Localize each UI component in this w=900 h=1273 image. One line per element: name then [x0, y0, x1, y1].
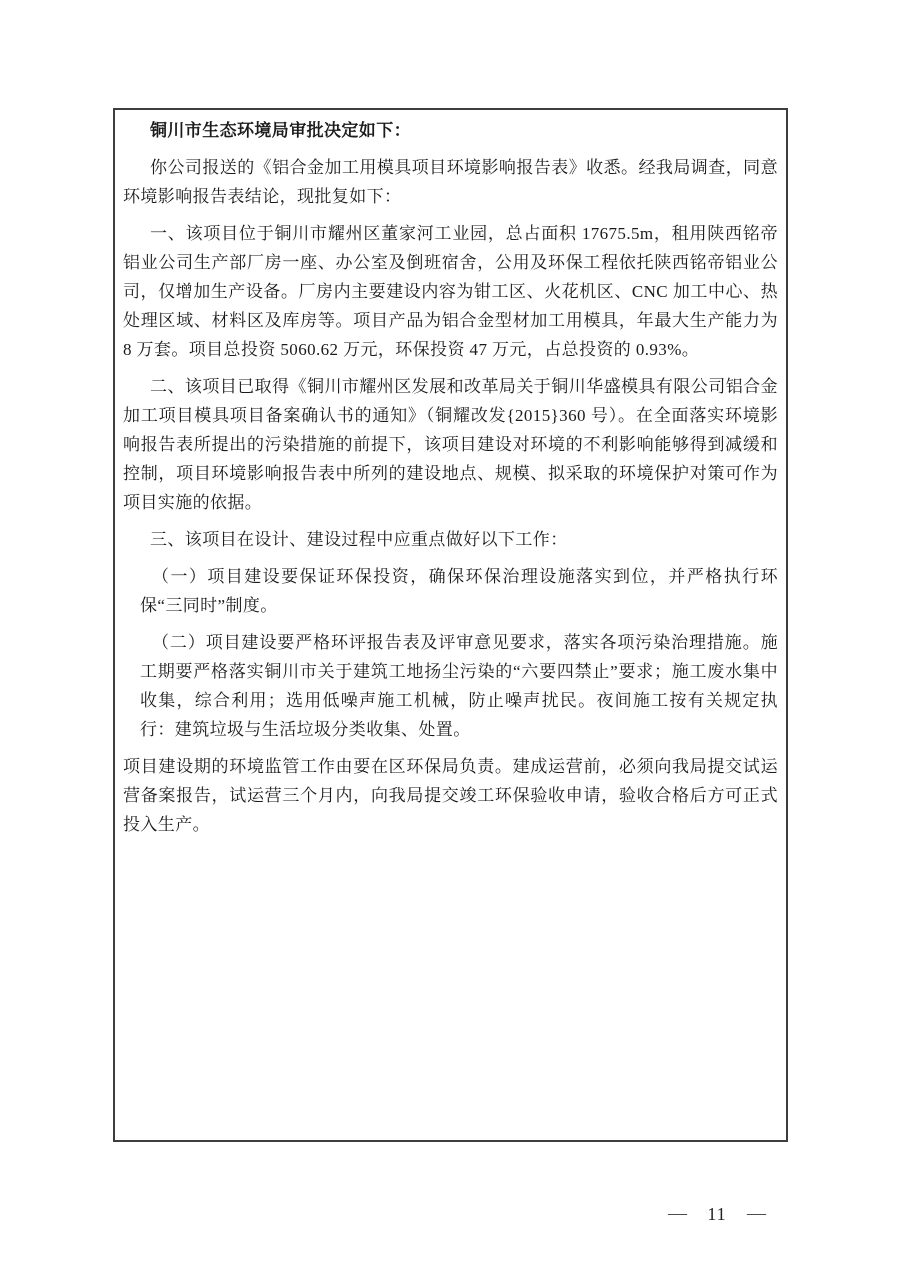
item-1-paragraph: 一、该项目位于铜川市耀州区董家河工业园，总占面积 17675.5m，租用陕西铭帝…: [123, 219, 778, 364]
page-number-right-dash: —: [747, 1201, 766, 1227]
item-3-paragraph: 三、该项目在设计、建设过程中应重点做好以下工作：: [123, 525, 778, 554]
item-2-paragraph: 二、该项目已取得《铜川市耀州区发展和改革局关于铜川华盛模具有限公司铝合金加工项目…: [123, 372, 778, 517]
intro-paragraph: 你公司报送的《铝合金加工用模具项目环境影响报告表》收悉。经我局调查，同意环境影响…: [123, 153, 778, 211]
page-number: — 11 —: [668, 1201, 766, 1227]
closing-paragraph: 项目建设期的环境监管工作由要在区环保局负责。建成运营前，必须向我局提交试运营备案…: [123, 752, 778, 839]
page-number-value: 11: [707, 1201, 726, 1227]
item-3-sub-2-paragraph: （二）项目建设要严格环评报告表及评审意见要求，落实各项污染治理措施。施工期要严格…: [123, 628, 778, 744]
approval-text-frame: 铜川市生态环境局审批决定如下： 你公司报送的《铝合金加工用模具项目环境影响报告表…: [113, 108, 788, 1142]
item-3-sub-1-paragraph: （一）项目建设要保证环保投资，确保环保治理设施落实到位，并严格执行环保“三同时”…: [123, 562, 778, 620]
approval-decision-heading: 铜川市生态环境局审批决定如下：: [123, 116, 778, 145]
page-number-left-dash: —: [668, 1201, 687, 1227]
document-page: { "document": { "heading": "铜川市生态环境局审批决定…: [0, 0, 900, 1273]
